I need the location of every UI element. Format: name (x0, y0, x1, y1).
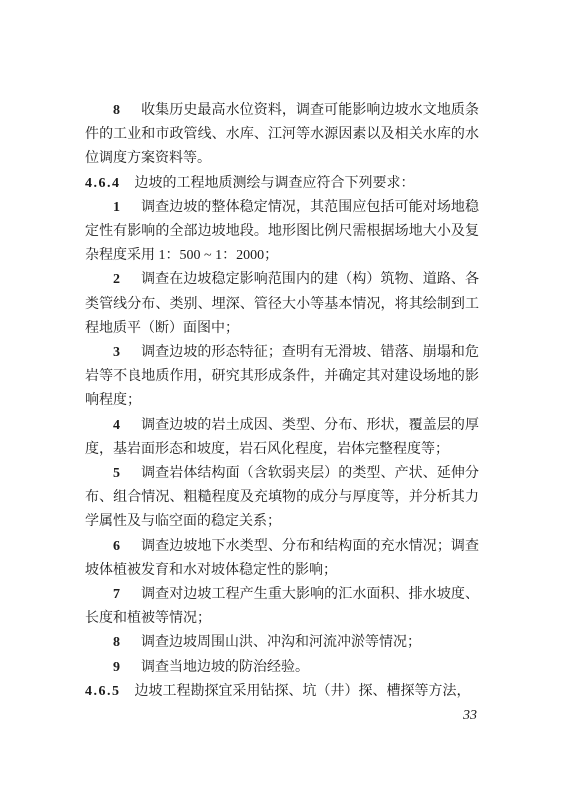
item-number: 9 (113, 660, 120, 675)
clause-item-8-flood: 8调查边坡周围山洪、冲沟和河流冲淤等情况； (85, 631, 479, 655)
item-number: 7 (113, 587, 120, 602)
clause-item-7: 7调查对边坡工程产生重大影响的汇水面积、排水坡度、长度和植被等情况； (85, 583, 479, 631)
item-text: 调查边坡周围山洪、冲沟和河流冲淤等情况； (141, 635, 421, 650)
item-text: 调查边坡的形态特征；查明有无滑坡、错落、崩塌和危岩等不良地质作用，研究其形成条件… (85, 345, 479, 408)
item-number: 1 (113, 200, 120, 215)
clause-item-6: 6调查边坡地下水类型、分布和结构面的充水情况；调查坡体植被发育和水对坡体稳定性的… (85, 535, 479, 583)
clause-item-9: 9调查当地边坡的防治经验。 (85, 656, 479, 680)
item-number: 2 (113, 272, 120, 287)
item-number: 8 (113, 103, 120, 118)
clause-item-4: 4调查边坡的岩土成因、类型、分布、形状，覆盖层的厚度，基岩面形态和坡度，岩石风化… (85, 414, 479, 462)
item-number: 8 (113, 635, 120, 650)
clause-item-3: 3调查边坡的形态特征；查明有无滑坡、错落、崩塌和危岩等不良地质作用，研究其形成条… (85, 341, 479, 414)
section-heading-4-6-5: 4.6.5边坡工程勘探宜采用钻探、坑（井）探、槽探等方法， (85, 680, 479, 704)
item-text: 收集历史最高水位资料，调查可能影响边坡水文地质条件的工业和市政管线、水库、江河等… (85, 103, 479, 166)
item-number: 4 (113, 418, 120, 433)
section-heading-4-6-4: 4.6.4边坡的工程地质测绘与调查应符合下列要求： (85, 172, 479, 196)
item-text: 调查边坡地下水类型、分布和结构面的充水情况；调查坡体植被发育和水对坡体稳定性的影… (85, 539, 479, 578)
item-text: 调查当地边坡的防治经验。 (141, 660, 309, 675)
item-text: 调查在边坡稳定影响范围内的建（构）筑物、道路、各类管线分布、类别、埋深、管径大小… (85, 272, 479, 335)
clause-item-8-water-data: 8收集历史最高水位资料，调查可能影响边坡水文地质条件的工业和市政管线、水库、江河… (85, 99, 479, 172)
section-text: 边坡的工程地质测绘与调查应符合下列要求： (135, 176, 415, 191)
item-text: 调查对边坡工程产生重大影响的汇水面积、排水坡度、长度和植被等情况； (85, 587, 479, 626)
section-number: 4.6.4 (85, 176, 121, 191)
section-number: 4.6.5 (85, 684, 121, 699)
page-number: 33 (85, 704, 479, 728)
item-text: 调查岩体结构面（含软弱夹层）的类型、产状、延伸分布、组合情况、粗糙程度及充填物的… (85, 466, 479, 529)
item-number: 3 (113, 345, 120, 360)
clause-item-5: 5调查岩体结构面（含软弱夹层）的类型、产状、延伸分布、组合情况、粗糙程度及充填物… (85, 462, 479, 535)
section-text: 边坡工程勘探宜采用钻探、坑（井）探、槽探等方法， (135, 684, 471, 699)
document-page: 8收集历史最高水位资料，调查可能影响边坡水文地质条件的工业和市政管线、水库、江河… (0, 0, 561, 804)
item-number: 6 (113, 539, 120, 554)
item-text: 调查边坡的整体稳定情况，其范围应包括可能对场地稳定性有影响的全部边坡地段。地形图… (85, 200, 479, 263)
clause-item-2: 2调查在边坡稳定影响范围内的建（构）筑物、道路、各类管线分布、类别、埋深、管径大… (85, 268, 479, 341)
item-text: 调查边坡的岩土成因、类型、分布、形状，覆盖层的厚度，基岩面形态和坡度，岩石风化程… (85, 418, 479, 457)
clause-item-1: 1调查边坡的整体稳定情况，其范围应包括可能对场地稳定性有影响的全部边坡地段。地形… (85, 196, 479, 269)
item-number: 5 (113, 466, 120, 481)
text-column: 8收集历史最高水位资料，调查可能影响边坡水文地质条件的工业和市政管线、水库、江河… (85, 99, 479, 728)
